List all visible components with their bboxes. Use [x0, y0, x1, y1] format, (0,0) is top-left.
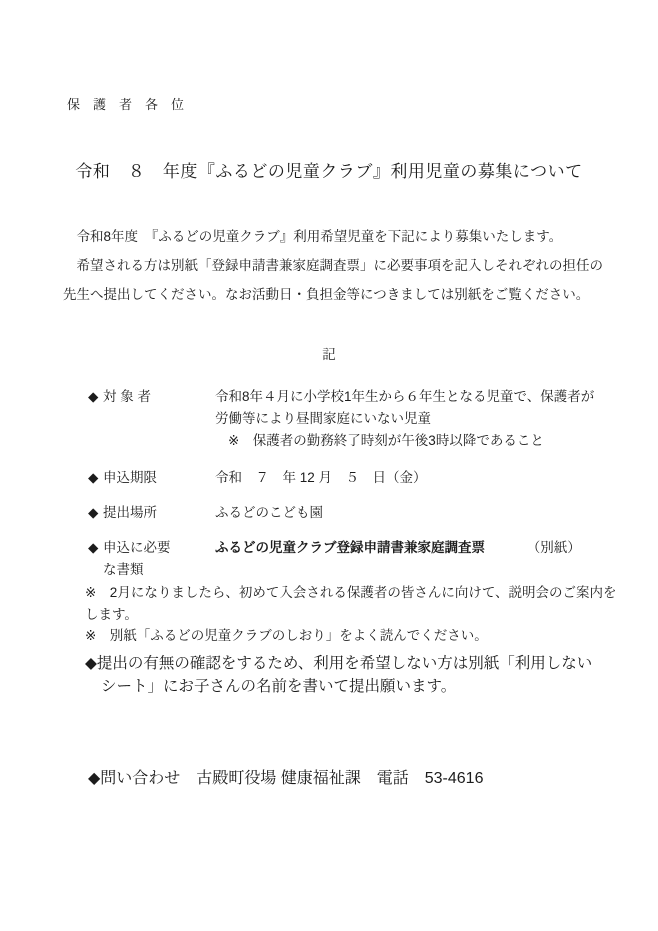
item-value-target: 令和8年４月に小学校1年生から６年生となる児童で、保護者が 労働等により昼間家庭… [215, 386, 594, 452]
documents-label-line-1: 申込に必要 [103, 537, 215, 559]
item-value-deadline: 令和 ７ 年 12 月 ５ 日（金） [215, 467, 427, 489]
target-value-line-2: 労働等により昼間家庭にいない児童 [215, 408, 594, 430]
item-row-deadline: ◆ 申込期限 令和 ７ 年 12 月 ５ 日（金） [88, 467, 594, 489]
documents-label-line-2: な書類 [103, 559, 215, 581]
note-1-line-2: します。 [85, 604, 617, 626]
item-label-deadline: 申込期限 [103, 467, 215, 489]
submission-note: ◆提出の有無の確認をするため、利用を希望しない方は別紙「利用しない シート」にお… [85, 652, 592, 698]
diamond-bullet-icon: ◆ [88, 467, 103, 489]
target-value-note: ※ 保護者の勤務終了時刻が午後3時以降であること [215, 430, 594, 452]
note-2: ※ 別紙「ふるどの児童クラブのしおり」をよく読んでください。 [85, 625, 617, 647]
intro-line-1: 令和8年度 『ふるどの児童クラブ』利用希望児童を下記により募集いたします。 [63, 222, 603, 251]
item-label-documents: 申込に必要 な書類 [103, 537, 215, 581]
item-row-place: ◆ 提出場所 ふるどのこども園 [88, 502, 594, 524]
submission-line-1: ◆提出の有無の確認をするため、利用を希望しない方は別紙「利用しない [85, 652, 592, 675]
intro-paragraph: 令和8年度 『ふるどの児童クラブ』利用希望児童を下記により募集いたします。 希望… [63, 222, 603, 309]
documents-value-note: （別紙） [527, 540, 581, 555]
documents-value-bold: ふるどの児童クラブ登録申請書兼家庭調査票 [215, 540, 485, 555]
page-title: 令和 ８ 年度『ふるどの児童クラブ』利用児童の募集について [0, 157, 658, 182]
item-label-place: 提出場所 [103, 502, 215, 524]
diamond-bullet-icon: ◆ [88, 502, 103, 524]
item-label-target: 対 象 者 [103, 386, 215, 408]
note-1-line-1: ※ 2月になりましたら、初めて入会される保護者の皆さんに向けて、説明会のご案内を [85, 582, 617, 604]
record-marker: 記 [0, 343, 658, 363]
item-value-place: ふるどのこども園 [215, 502, 323, 524]
item-row-documents: ◆ 申込に必要 な書類 ふるどの児童クラブ登録申請書兼家庭調査票 （別紙） [88, 537, 594, 581]
submission-line-2: シート」にお子さんの名前を書いて提出願います。 [101, 675, 592, 698]
intro-line-3: 先生へ提出してください。なお活動日・負担金等につきましては別紙をご覧ください。 [63, 280, 603, 309]
intro-line-2: 希望される方は別紙「登録申請書兼家庭調査票」に必要事項を記入しそれぞれの担任の [63, 251, 603, 280]
document-page: 保 護 者 各 位 令和 ８ 年度『ふるどの児童クラブ』利用児童の募集について … [0, 0, 658, 931]
item-list: ◆ 対 象 者 令和8年４月に小学校1年生から６年生となる児童で、保護者が 労働… [88, 386, 594, 581]
contact-info: ◆問い合わせ 古殿町役場 健康福祉課 電話 53-4616 [88, 765, 483, 788]
diamond-bullet-icon: ◆ [88, 537, 103, 559]
target-value-line-1: 令和8年４月に小学校1年生から６年生となる児童で、保護者が [215, 386, 594, 408]
item-row-target: ◆ 対 象 者 令和8年４月に小学校1年生から６年生となる児童で、保護者が 労働… [88, 386, 594, 452]
diamond-bullet-icon: ◆ [88, 386, 103, 408]
item-value-documents: ふるどの児童クラブ登録申請書兼家庭調査票 （別紙） [215, 537, 581, 559]
notes-section: ※ 2月になりましたら、初めて入会される保護者の皆さんに向けて、説明会のご案内を… [85, 582, 617, 647]
addressee: 保 護 者 各 位 [67, 94, 184, 113]
